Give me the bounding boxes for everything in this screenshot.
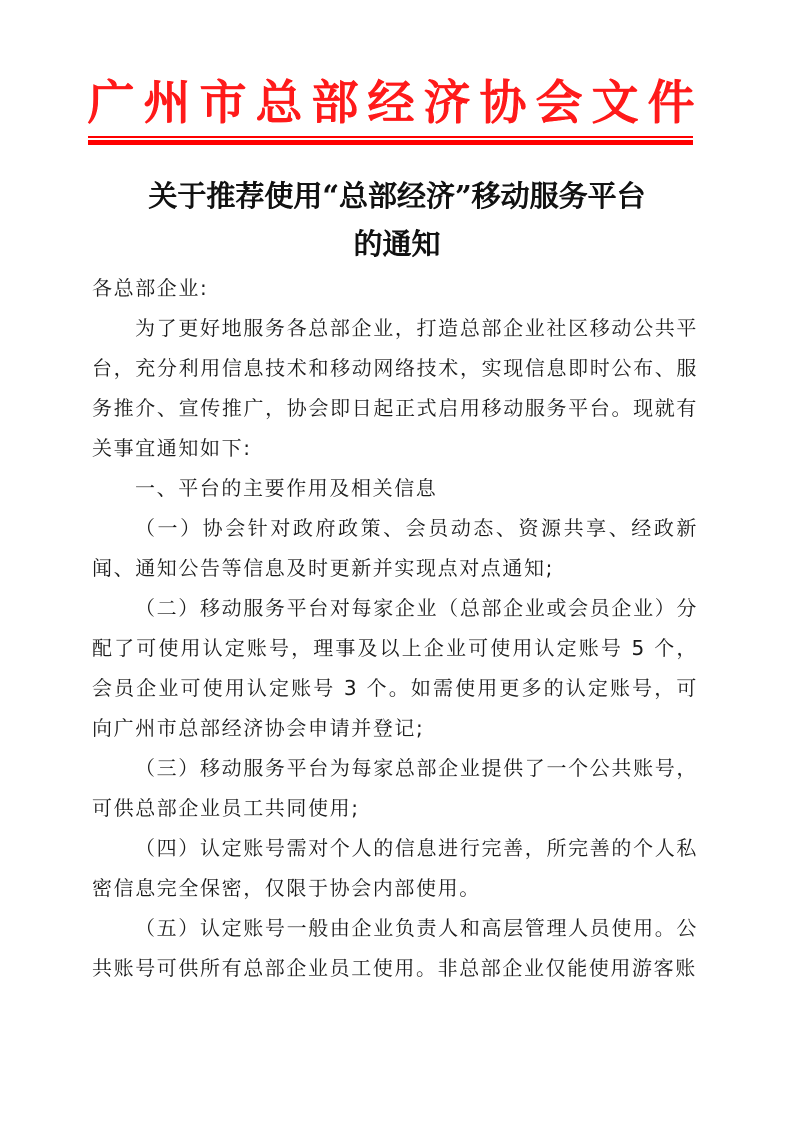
paragraph-item-4: （四）认定账号需对个人的信息进行完善，所完善的个人私密信息完全保密，仅限于协会内… [92,828,698,908]
masthead-char: 部 [310,76,360,132]
masthead-char: 协 [478,76,528,132]
masthead-divider-thick [88,140,693,145]
paragraph-item-2: （二）移动服务平台对每家企业（总部企业或会员企业）分配了可使用认定账号，理事及以… [92,588,698,748]
masthead-char: 会 [534,76,584,132]
section-heading-1: 一、平台的主要作用及相关信息 [92,468,698,508]
notice-title-line-1: 关于推荐使用“总部经济”移动服务平台 [0,176,794,216]
paragraph-item-5: （五）认定账号一般由企业负责人和高层管理人员使用。公共账号可供所有总部企业员工使… [92,908,698,988]
masthead-title: 广 州 市 总 部 经 济 协 会 文 件 [86,76,696,132]
masthead-char: 经 [366,76,416,132]
masthead-char: 市 [198,76,248,132]
masthead-char: 广 [86,76,136,132]
paragraph-item-3: （三）移动服务平台为每家总部企业提供了一个公共账号，可供总部企业员工共同使用; [92,748,698,828]
paragraph-item-1: （一）协会针对政府政策、会员动态、资源共享、经政新闻、通知公告等信息及时更新并实… [92,508,698,588]
masthead-char: 总 [254,76,304,132]
notice-title-text: 关于推荐使用“总部经济”移动服务平台 [148,179,645,213]
masthead-char: 济 [422,76,472,132]
notice-body: 各总部企业: 为了更好地服务各总部企业，打造总部企业社区移动公共平台，充分利用信… [92,268,698,988]
masthead-char: 件 [646,76,696,132]
masthead-char: 文 [590,76,640,132]
paragraph-intro: 为了更好地服务各总部企业，打造总部企业社区移动公共平台，充分利用信息技术和移动网… [92,308,698,468]
salutation: 各总部企业: [92,268,698,308]
notice-title-text: 的通知 [353,227,440,261]
masthead-char: 州 [142,76,192,132]
notice-title-line-2: 的通知 [0,224,794,264]
masthead-divider-thin [88,136,693,138]
